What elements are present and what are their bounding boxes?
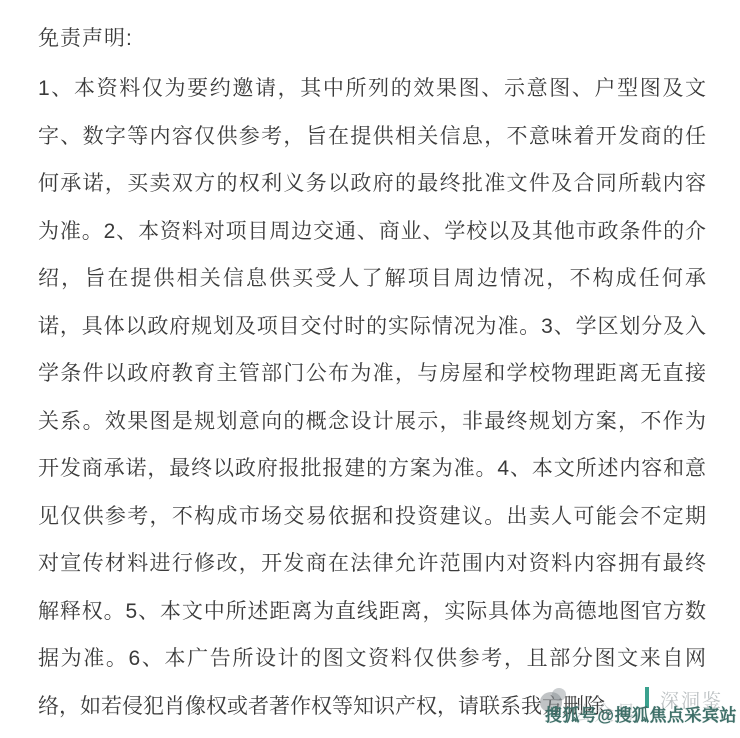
disclaimer-line: 据为准。6、本广告所设计的图文资料仅供参考，且部分图文来自网 (38, 635, 706, 683)
disclaimer-line: 何承诺，买卖双方的权利义务以政府的最终批准文件及合同所载内容 (38, 160, 706, 208)
disclaimer-body: 1、本资料仅为要约邀请，其中所列的效果图、示意图、户型图及文 字、数字等内容仅供… (38, 65, 706, 730)
disclaimer-line: 诺，具体以政府规划及项目交付时的实际情况为准。3、学区划分及入 (38, 303, 706, 351)
sohu-watermark: 搜狐号@搜狐焦点采宾站 (545, 701, 737, 726)
disclaimer-line: 绍，旨在提供相关信息供买受人了解项目周边情况，不构成任何承 (38, 255, 706, 303)
disclaimer-line: 为准。2、本资料对项目周边交通、商业、学校以及其他市政条件的介 (38, 208, 706, 256)
disclaimer-line: 开发商承诺，最终以政府报批报建的方案为准。4、本文所述内容和意 (38, 445, 706, 493)
page: 免责声明: 1、本资料仅为要约邀请，其中所列的效果图、示意图、户型图及文 字、数… (0, 0, 740, 738)
disclaimer-line: 学条件以政府教育主管部门公布为准，与房屋和学校物理距离无直接 (38, 350, 706, 398)
disclaimer-line: 字、数字等内容仅供参考，旨在提供相关信息，不意味着开发商的任 (38, 113, 706, 161)
disclaimer-line: 1、本资料仅为要约邀请，其中所列的效果图、示意图、户型图及文 (38, 65, 706, 113)
disclaimer-line: 对宣传材料进行修改，开发商在法律允许范围内对资料内容拥有最终 (38, 540, 706, 588)
disclaimer-title: 免责声明: (38, 24, 133, 54)
disclaimer-line: 关系。效果图是规划意向的概念设计展示，非最终规划方案，不作为 (38, 398, 706, 446)
disclaimer-line: 解释权。5、本文中所述距离为直线距离，实际具体为高德地图官方数 (38, 588, 706, 636)
disclaimer-line: 见仅供参考，不构成市场交易依据和投资建议。出卖人可能会不定期 (38, 493, 706, 541)
